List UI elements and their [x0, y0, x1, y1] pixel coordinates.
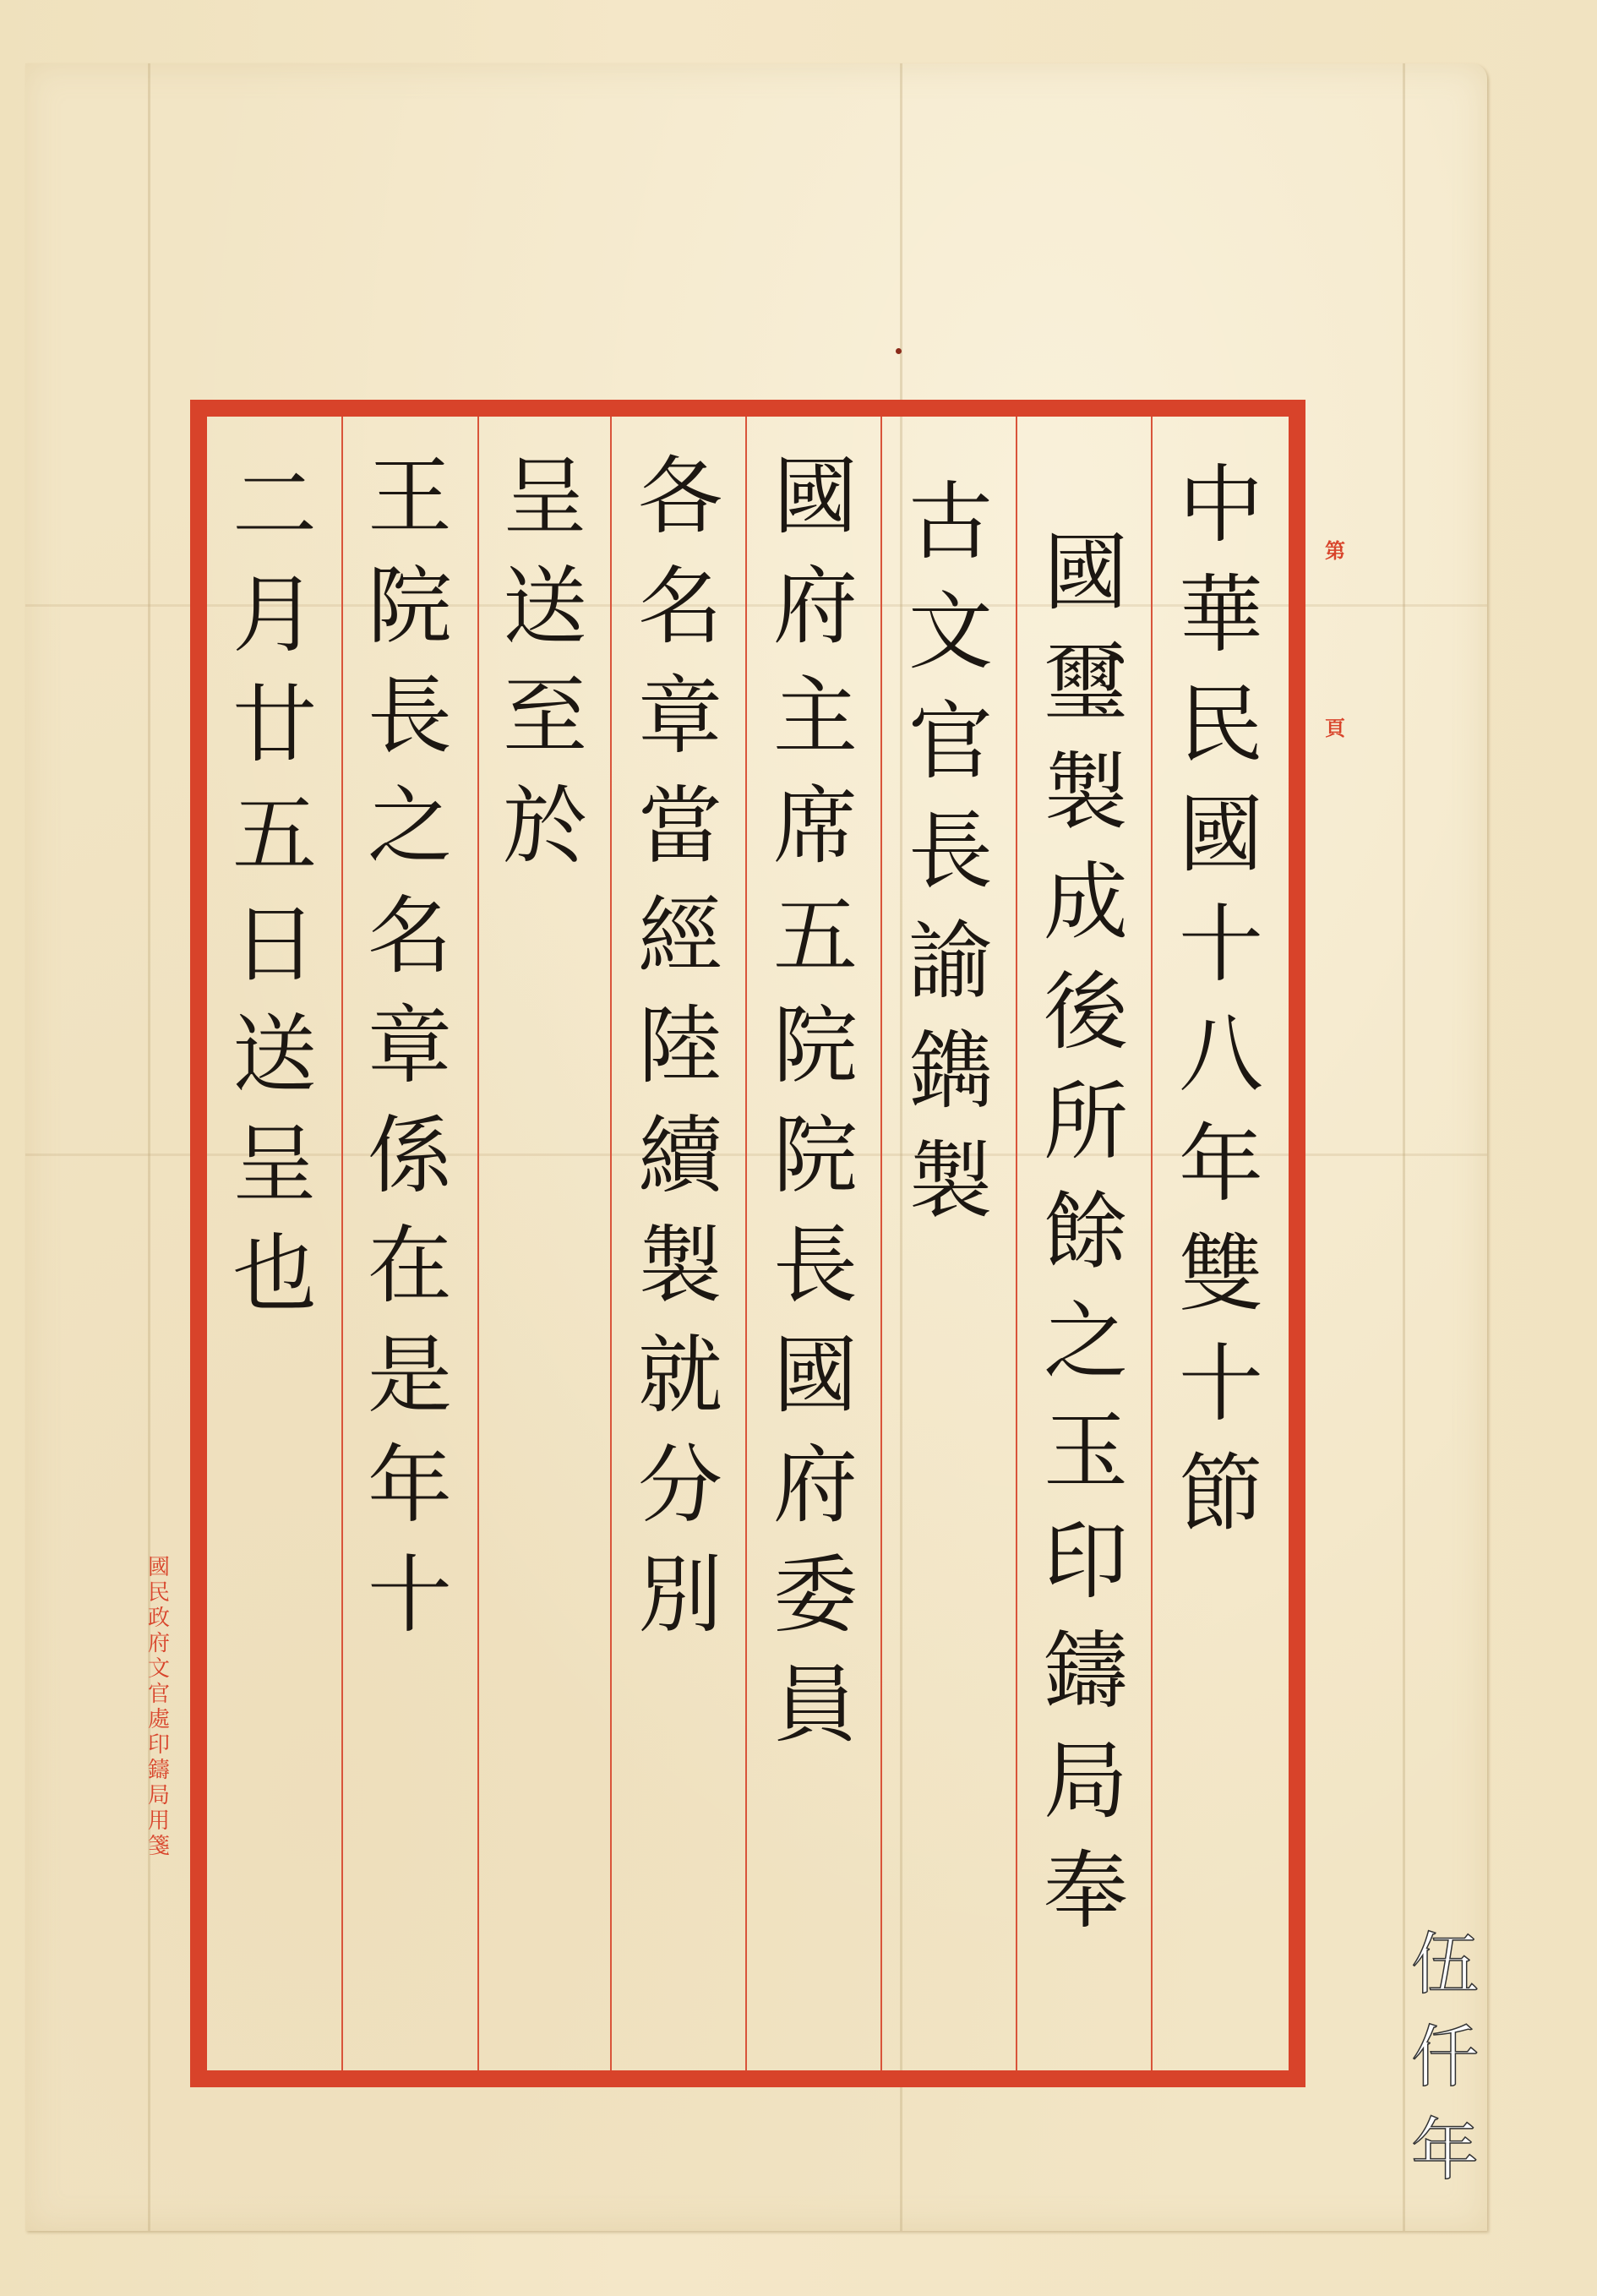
handwritten-character: 也 — [224, 1219, 325, 1329]
handwritten-character: 國 — [765, 1321, 866, 1431]
page-marker-prefix: 第 — [1318, 534, 1352, 564]
handwritten-character: 名 — [359, 881, 461, 991]
handwritten-character: 府 — [765, 552, 866, 662]
handwritten-character: 五 — [224, 780, 325, 890]
handwritten-character: 八 — [1170, 1000, 1272, 1110]
handwritten-character: 後 — [1035, 957, 1136, 1067]
handwritten-character: 院 — [765, 1101, 866, 1211]
stationery-character: 文 — [148, 1656, 170, 1682]
handwritten-character: 十 — [359, 1541, 461, 1650]
handwritten-character: 年 — [359, 1431, 461, 1541]
handwritten-character: 製 — [630, 1211, 731, 1321]
handwritten-character: 璽 — [1035, 628, 1136, 738]
handwritten-character: 國 — [1170, 780, 1272, 890]
handwritten-character: 委 — [765, 1541, 866, 1650]
handwritten-character: 分 — [630, 1431, 731, 1541]
handwritten-character: 別 — [630, 1541, 731, 1650]
handwritten-character: 送 — [224, 1000, 325, 1110]
handwritten-character: 至 — [494, 662, 596, 772]
stationery-character: 用 — [148, 1808, 170, 1834]
handwritten-character: 製 — [900, 1126, 1001, 1236]
stationery-character: 鑄 — [148, 1758, 170, 1783]
handwritten-character: 員 — [765, 1650, 866, 1760]
handwritten-character: 鐫 — [900, 1017, 1001, 1126]
stationery-character: 國 — [148, 1555, 170, 1580]
handwritten-character: 長 — [900, 797, 1001, 907]
handwritten-character: 十 — [1170, 1329, 1272, 1439]
stationery-character: 箋 — [148, 1834, 170, 1859]
handwritten-character: 王 — [359, 442, 461, 552]
text-column-6: 呈送至於 — [477, 442, 613, 881]
handwritten-character: 雙 — [1170, 1219, 1272, 1329]
handwritten-character: 經 — [630, 881, 731, 991]
page-marker-suffix: 頁 — [1318, 712, 1352, 741]
handwritten-character: 餘 — [1035, 1177, 1136, 1287]
stationery-character: 官 — [148, 1682, 170, 1707]
handwritten-character: 府 — [765, 1431, 866, 1541]
handwritten-character: 送 — [494, 552, 596, 662]
handwritten-character: 年 — [1170, 1110, 1272, 1219]
stationery-character: 印 — [148, 1732, 170, 1758]
handwritten-character: 局 — [1035, 1726, 1136, 1836]
stationery-character: 政 — [148, 1606, 170, 1631]
handwritten-character: 在 — [359, 1211, 461, 1321]
handwritten-character: 節 — [1170, 1439, 1272, 1549]
text-column-2: 國璽製成後所餘之玉印鑄局奉 — [1018, 518, 1153, 1946]
handwritten-character: 奉 — [1035, 1836, 1136, 1946]
handwritten-character: 國 — [765, 442, 866, 552]
handwritten-character: 係 — [359, 1101, 461, 1211]
handwritten-character: 十 — [1170, 890, 1272, 1000]
handwritten-character: 鑄 — [1035, 1617, 1136, 1726]
handwritten-character: 之 — [1035, 1287, 1136, 1397]
handwritten-character: 章 — [359, 991, 461, 1101]
red-ruled-frame: 中華民國十八年雙十節 國璽製成後所餘之玉印鑄局奉 古文官長諭鐫製 國府主席五院院… — [190, 400, 1305, 2087]
text-column-5: 各名章當經陸續製就分別 — [613, 442, 748, 1650]
handwritten-character: 廿 — [224, 670, 325, 780]
handwritten-character: 國 — [1035, 518, 1136, 628]
handwritten-character: 民 — [1170, 670, 1272, 780]
handwritten-character: 華 — [1170, 560, 1272, 670]
handwritten-character: 章 — [630, 662, 731, 772]
text-column-3: 古文官長諭鐫製 — [883, 467, 1018, 1236]
handwritten-character: 院 — [359, 552, 461, 662]
watermark-character: 伍 — [1411, 1918, 1479, 2011]
handwritten-character: 日 — [224, 890, 325, 1000]
handwritten-character: 月 — [224, 560, 325, 670]
handwritten-character: 當 — [630, 772, 731, 881]
handwritten-character: 製 — [1035, 738, 1136, 848]
handwritten-character: 各 — [630, 442, 731, 552]
watermark-character: 年 — [1411, 2104, 1479, 2197]
watermark: 伍仟年 — [1411, 1918, 1479, 2197]
handwritten-character: 呈 — [224, 1110, 325, 1219]
handwritten-character: 呈 — [494, 442, 596, 552]
handwritten-character: 玉 — [1035, 1397, 1136, 1507]
handwritten-character: 官 — [900, 687, 1001, 797]
handwritten-character: 名 — [630, 552, 731, 662]
handwritten-character: 古 — [900, 467, 1001, 577]
paper-fold-line — [148, 63, 150, 2231]
handwritten-character: 主 — [765, 662, 866, 772]
text-column-1: 中華民國十八年雙十節 — [1153, 450, 1289, 1549]
handwritten-character: 文 — [900, 577, 1001, 687]
handwritten-character: 所 — [1035, 1067, 1136, 1177]
handwritten-character: 長 — [765, 1211, 866, 1321]
stationery-character: 民 — [148, 1580, 170, 1606]
text-column-4: 國府主席五院院長國府委員 — [748, 442, 883, 1760]
ink-dot — [896, 348, 902, 354]
handwritten-character: 印 — [1035, 1507, 1136, 1617]
stationery-character: 府 — [148, 1631, 170, 1656]
handwritten-character: 陸 — [630, 991, 731, 1101]
handwritten-character: 席 — [765, 772, 866, 881]
stationery-label: 國民政府文官處印鑄局用箋 — [142, 1555, 176, 1859]
stationery-character: 局 — [148, 1783, 170, 1808]
handwritten-character: 續 — [630, 1101, 731, 1211]
text-column-8: 二月廿五日送呈也 — [207, 450, 342, 1329]
handwritten-character: 就 — [630, 1321, 731, 1431]
handwritten-character: 於 — [494, 772, 596, 881]
paper-fold-line — [1403, 63, 1405, 2231]
handwritten-character: 中 — [1170, 450, 1272, 560]
handwritten-character: 院 — [765, 991, 866, 1101]
handwritten-character: 是 — [359, 1321, 461, 1431]
watermark-character: 仟 — [1411, 2011, 1479, 2104]
text-column-7: 王院長之名章係在是年十 — [342, 442, 477, 1650]
handwritten-character: 長 — [359, 662, 461, 772]
handwritten-character: 之 — [359, 772, 461, 881]
handwritten-character: 二 — [224, 450, 325, 560]
handwritten-character: 諭 — [900, 907, 1001, 1017]
handwritten-character: 五 — [765, 881, 866, 991]
stationery-character: 處 — [148, 1707, 170, 1732]
handwritten-character: 成 — [1035, 848, 1136, 957]
